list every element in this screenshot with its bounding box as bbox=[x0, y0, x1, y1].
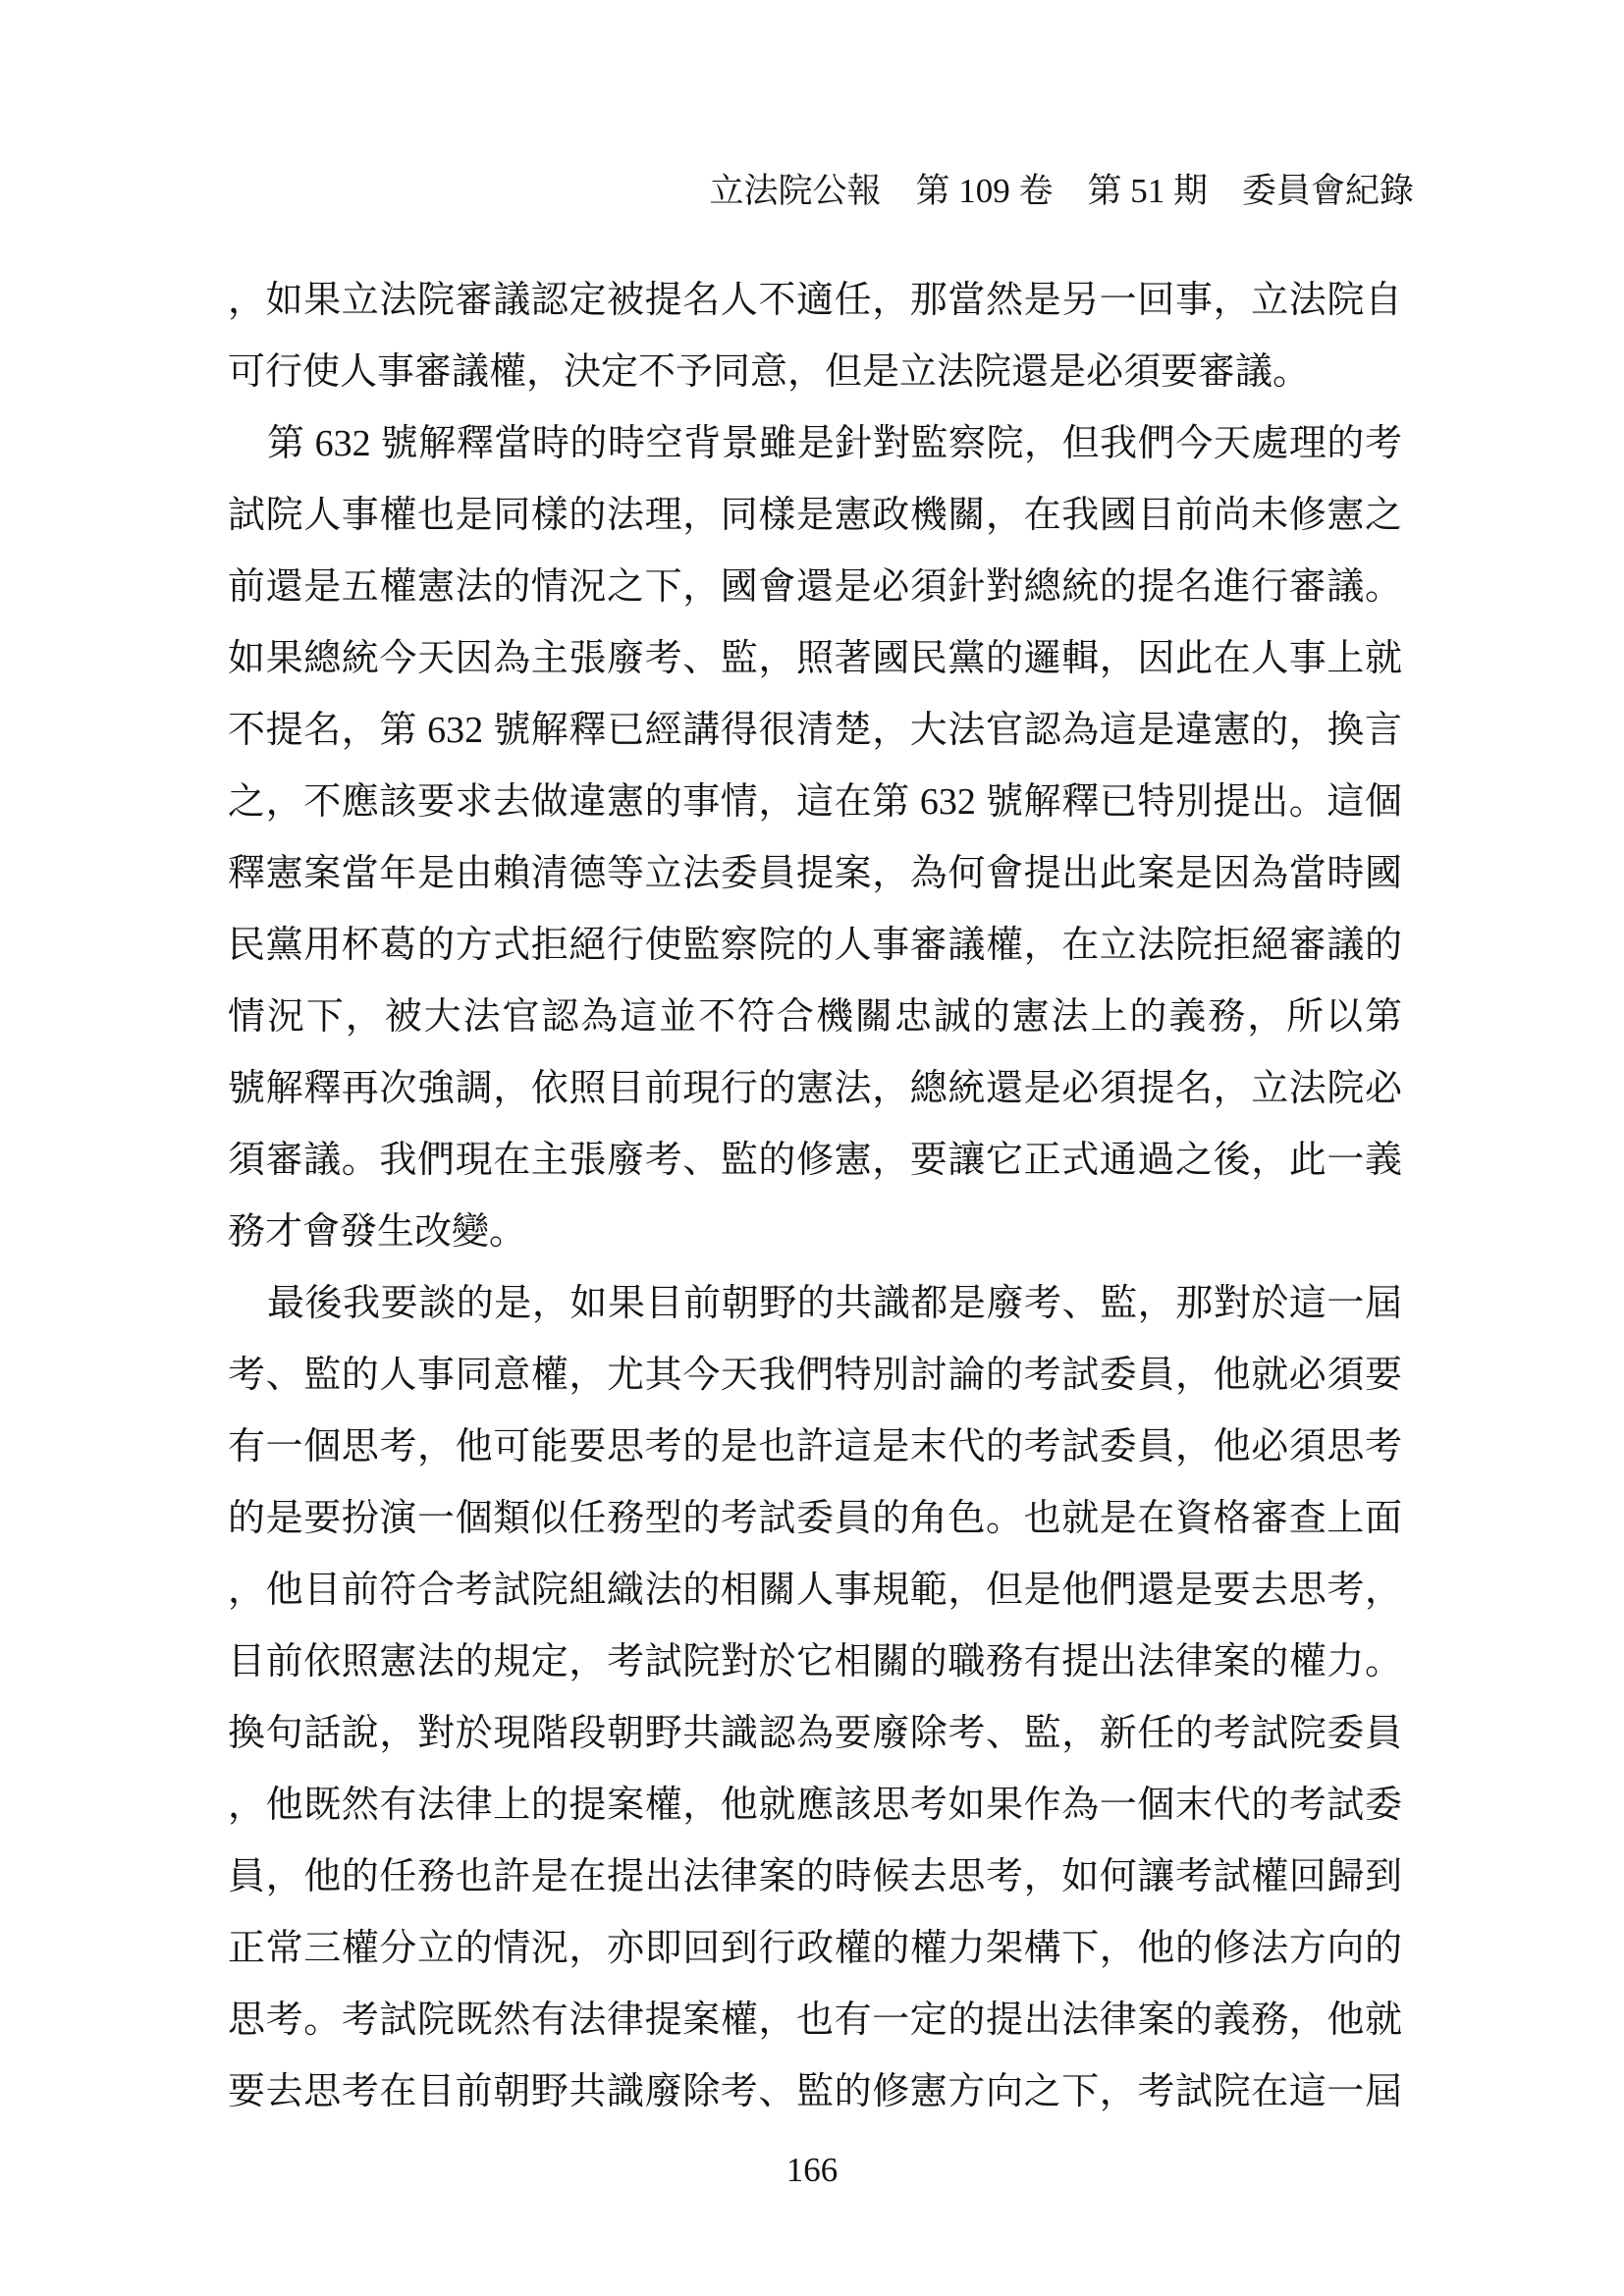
text-line: 如果總統今天因為主張廢考、監，照著國民黨的邏輯，因此在人事上就 bbox=[228, 623, 1402, 695]
body-text: ，如果立法院審議認定被提名人不適任，那當然是另一回事，立法院自可行使人事審議權，… bbox=[228, 265, 1402, 2128]
text-line: 的是要扮演一個類似任務型的考試委員的角色。也就是在資格審查上面 bbox=[228, 1483, 1402, 1555]
text-line: 思考。考試院既然有法律提案權，也有一定的提出法律案的義務，他就 bbox=[228, 1985, 1402, 2056]
text-line: 員，他的任務也許是在提出法律案的時候去思考，如何讓考試權回歸到 bbox=[228, 1842, 1402, 1913]
text-line: 目前依照憲法的規定，考試院對於它相關的職務有提出法律案的權力。 bbox=[228, 1627, 1402, 1698]
text-line: 可行使人事審議權，決定不予同意，但是立法院還是必須要審議。 bbox=[228, 337, 1402, 408]
text-line: 前還是五權憲法的情況之下，國會還是必須針對總統的提名進行審議。 bbox=[228, 552, 1402, 623]
text-line: 務才會發生改變。 bbox=[228, 1197, 1402, 1268]
text-line: 須審議。我們現在主張廢考、監的修憲，要讓它正式通過之後，此一義 bbox=[228, 1125, 1402, 1197]
text-line: 號解釋再次強調，依照目前現行的憲法，總統還是必須提名，立法院必 bbox=[228, 1053, 1402, 1125]
text-line: 釋憲案當年是由賴清德等立法委員提案，為何會提出此案是因為當時國 bbox=[228, 838, 1402, 910]
text-line: 試院人事權也是同樣的法理，同樣是憲政機關，在我國目前尚未修憲之 bbox=[228, 480, 1402, 552]
text-line: 之，不應該要求去做違憲的事情，這在第 632 號解釋已特別提出。這個 bbox=[228, 767, 1402, 838]
text-line: 第 632 號解釋當時的時空背景雖是針對監察院，但我們今天處理的考 bbox=[228, 408, 1402, 480]
text-line: 換句話說，對於現階段朝野共識認為要廢除考、監，新任的考試院委員 bbox=[228, 1698, 1402, 1770]
text-line: ，他既然有法律上的提案權，他就應該思考如果作為一個末代的考試委 bbox=[228, 1770, 1402, 1842]
text-line: 最後我要談的是，如果目前朝野的共識都是廢考、監，那對於這一屆 bbox=[228, 1268, 1402, 1340]
page-number: 166 bbox=[0, 2150, 1624, 2191]
text-line: 不提名，第 632 號解釋已經講得很清楚，大法官認為這是違憲的，換言 bbox=[228, 695, 1402, 767]
text-line: 情況下，被大法官認為這並不符合機關忠誠的憲法上的義務，所以第 632 bbox=[228, 982, 1402, 1053]
text-line: 有一個思考，他可能要思考的是也許這是末代的考試委員，他必須思考 bbox=[228, 1412, 1402, 1483]
gazette-page: 立法院公報 第 109 卷 第 51 期 委員會紀錄 ，如果立法院審議認定被提名… bbox=[0, 0, 1624, 2296]
text-line: 正常三權分立的情況，亦即回到行政權的權力架構下，他的修法方向的 bbox=[228, 1913, 1402, 1985]
text-line: 民黨用杯葛的方式拒絕行使監察院的人事審議權，在立法院拒絕審議的 bbox=[228, 910, 1402, 982]
page-header: 立法院公報 第 109 卷 第 51 期 委員會紀錄 bbox=[709, 171, 1414, 212]
text-line: 考、監的人事同意權，尤其今天我們特別討論的考試委員，他就必須要 bbox=[228, 1340, 1402, 1412]
text-line: ，如果立法院審議認定被提名人不適任，那當然是另一回事，立法院自 bbox=[228, 265, 1402, 337]
text-line: ，他目前符合考試院組織法的相關人事規範，但是他們還是要去思考， bbox=[228, 1555, 1402, 1627]
text-line: 要去思考在目前朝野共識廢除考、監的修憲方向之下，考試院在這一屆 bbox=[228, 2056, 1402, 2128]
